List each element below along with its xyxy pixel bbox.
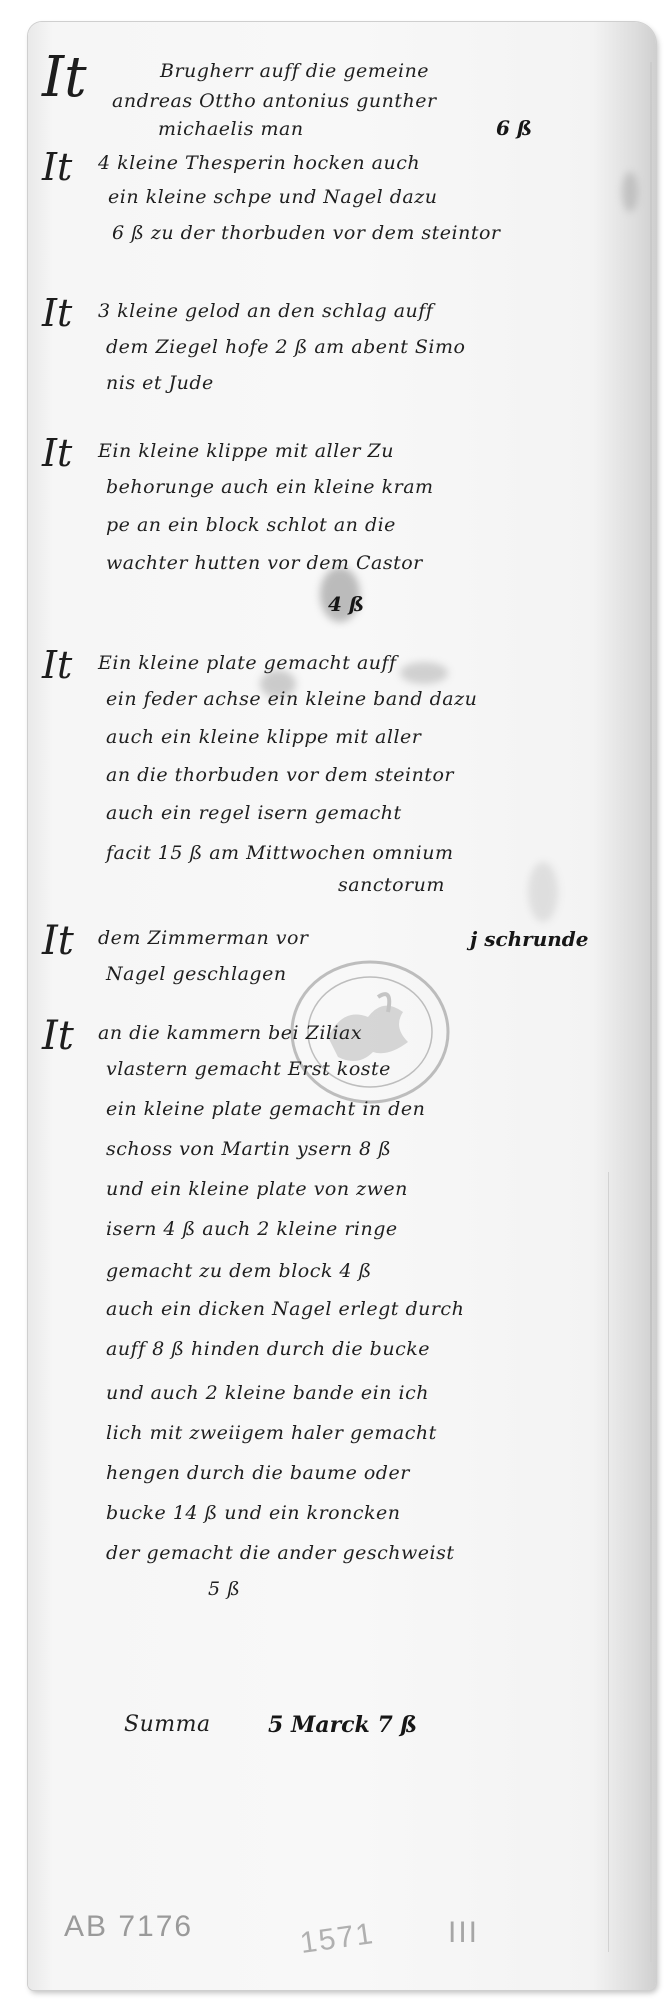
entry-line: an die thorbuden vor dem steintor (106, 764, 454, 786)
entry-line: dem Ziegel hofe 2 ß am abent Simo (106, 336, 465, 358)
entry-line: isern 4 ß auch 2 kleine ringe (106, 1218, 398, 1240)
item-mark: It (42, 434, 72, 472)
entry-line: michaelis man (158, 118, 304, 140)
entry-line: auff 8 ß hinden durch die bucke (106, 1338, 430, 1360)
entry-line: behorunge auch ein kleine kram (106, 476, 434, 498)
entry-line: und auch 2 kleine bande ein ich (106, 1382, 429, 1404)
entry-line: schoss von Martin ysern 8 ß (106, 1138, 391, 1160)
entry-amount: 4 ß (328, 592, 364, 616)
entry-line: hengen durch die baume oder (106, 1462, 410, 1484)
entry-line: ein kleine schpe und Nagel dazu (108, 186, 438, 208)
entry-amount: 6 ß (496, 116, 532, 140)
total-label: Summa (124, 1712, 211, 1737)
ink-stain (622, 172, 638, 212)
entry-amount: j schrunde (470, 927, 589, 951)
entry-line: vlastern gemacht Erst koste (106, 1058, 391, 1080)
entry-line: sanctorum (338, 874, 445, 896)
entry-line: der gemacht die ander geschweist (106, 1542, 454, 1564)
entry-line: wachter hutten vor dem Castor (106, 552, 423, 574)
item-mark: It (42, 1016, 74, 1056)
entry-line: gemacht zu dem block 4 ß (106, 1260, 372, 1282)
entry-line: Ein kleine plate gemacht auff (98, 652, 397, 674)
number-annotation: III (448, 1916, 479, 1950)
item-mark: It (42, 148, 72, 186)
entry-line: 5 ß (208, 1578, 240, 1600)
entry-line: 6 ß zu der thorbuden vor dem steintor (112, 222, 501, 244)
entry-line: 4 kleine Thesperin hocken auch (98, 152, 420, 174)
entry-line: dem Zimmerman vor (98, 927, 308, 949)
entry-line: ein feder achse ein kleine band dazu (106, 688, 477, 710)
item-mark: It (42, 50, 87, 106)
entry-line: Ein kleine klippe mit aller Zu (98, 440, 394, 462)
ink-stain (528, 862, 558, 922)
entry-line: Brugherr auff die gemeine (160, 60, 429, 82)
year-annotation: 1571 (298, 1917, 377, 1961)
item-mark: It (42, 294, 72, 332)
fold-line (650, 62, 652, 1962)
entry-line: auch ein regel isern gemacht (106, 802, 402, 824)
entry-line: bucke 14 ß und ein kroncken (106, 1502, 400, 1524)
entry-line: facit 15 ß am Mittwochen omnium (106, 842, 454, 864)
entry-line: andreas Ottho antonius gunther (112, 90, 437, 112)
total-value: 5 Marck 7 ß (268, 1712, 417, 1738)
ink-stain (400, 662, 448, 684)
entry-line: auch ein dicken Nagel erlegt durch (106, 1298, 464, 1320)
entry-line: auch ein kleine klippe mit aller (106, 726, 421, 748)
entry-line: 3 kleine gelod an den schlag auff (98, 300, 433, 322)
entry-line: lich mit zweiigem haler gemacht (106, 1422, 437, 1444)
entry-line: Nagel geschlagen (106, 963, 287, 985)
shelfmark-annotation: AB 7176 (64, 1910, 193, 1944)
entry-line: pe an ein block schlot an die (106, 514, 396, 536)
item-mark: It (42, 646, 72, 684)
entry-line: und ein kleine plate von zwen (106, 1178, 408, 1200)
entry-line: an die kammern bei Ziliax (98, 1022, 362, 1044)
entry-line: nis et Jude (106, 372, 214, 394)
fold-line-secondary (608, 1172, 609, 1952)
manuscript-sheet: It Brugherr auff die gemeine andreas Ott… (28, 22, 656, 1990)
item-mark: It (42, 921, 74, 961)
entry-line: ein kleine plate gemacht in den (106, 1098, 425, 1120)
